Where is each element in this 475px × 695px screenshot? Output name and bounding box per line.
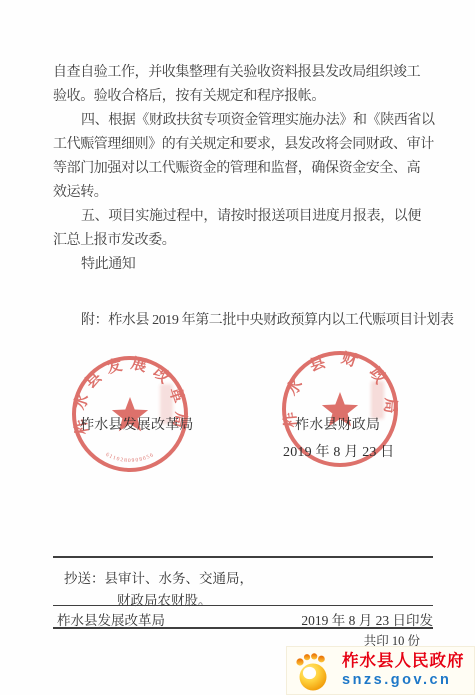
body-line: 五、项目实施过程中，请按时报送项目进度月报表，以便 <box>53 205 439 229</box>
gov-site-badge[interactable]: 柞水县人民政府 snzs.gov.cn <box>286 646 475 695</box>
body-line: 汇总上报市发改委。 <box>53 229 439 253</box>
footer-divider-middle <box>53 605 433 606</box>
cc-list-line1: 抄送：县审计、水务、交通局， <box>64 567 253 587</box>
issuing-office: 柞水县发展改革局 <box>57 609 165 629</box>
attachment-line: 附：柞水县 2019 年第二批中央财政预算内以工代赈项目计划表 <box>53 309 439 333</box>
footprint-logo-icon <box>292 649 334 693</box>
signature-date: 2019 年 8 月 23 日 <box>283 441 395 461</box>
seal-code-text: 6110280908056 <box>105 452 156 464</box>
footer-divider-top <box>53 556 433 558</box>
cc-list-line2: 财政局农财股。 <box>117 589 212 609</box>
body-line: 特此通知 <box>53 253 439 277</box>
svg-text:6110280908056: 6110280908056 <box>105 452 156 464</box>
body-line: 工代赈管理细则》的有关规定和要求，县发改将会同财政、审计 <box>53 133 439 157</box>
document-body: 自查自验工作，并收集整理有关验收资料报县发改局组织竣工 验收。验收合格后，按有关… <box>53 61 439 333</box>
footer-divider-bottom <box>53 627 433 629</box>
body-line: 四、根据《财政扶贫专项资金管理实施办法》和《陕西省以 <box>53 109 439 133</box>
body-line: 自查自验工作，并收集整理有关验收资料报县发改局组织竣工 <box>53 61 439 85</box>
body-line: 等部门加强对以工代赈资金的管理和监督，确保资金安全、高 <box>53 157 439 181</box>
gov-site-url[interactable]: snzs.gov.cn <box>342 673 465 689</box>
print-date: 2019 年 8 月 23 日印发 <box>301 609 433 629</box>
gov-site-name: 柞水县人民政府 <box>342 652 465 670</box>
left-signature-org: 柞水县发展改革局 <box>80 414 194 434</box>
scanned-notice-page: 自查自验工作，并收集整理有关验收资料报县发改局组织竣工 验收。验收合格后，按有关… <box>0 0 475 695</box>
body-line: 验收。验收合格后，按有关规定和程序报帐。 <box>53 85 439 109</box>
body-line: 效运转。 <box>53 181 439 205</box>
right-signature-org: 柞水县财政局 <box>295 414 380 434</box>
